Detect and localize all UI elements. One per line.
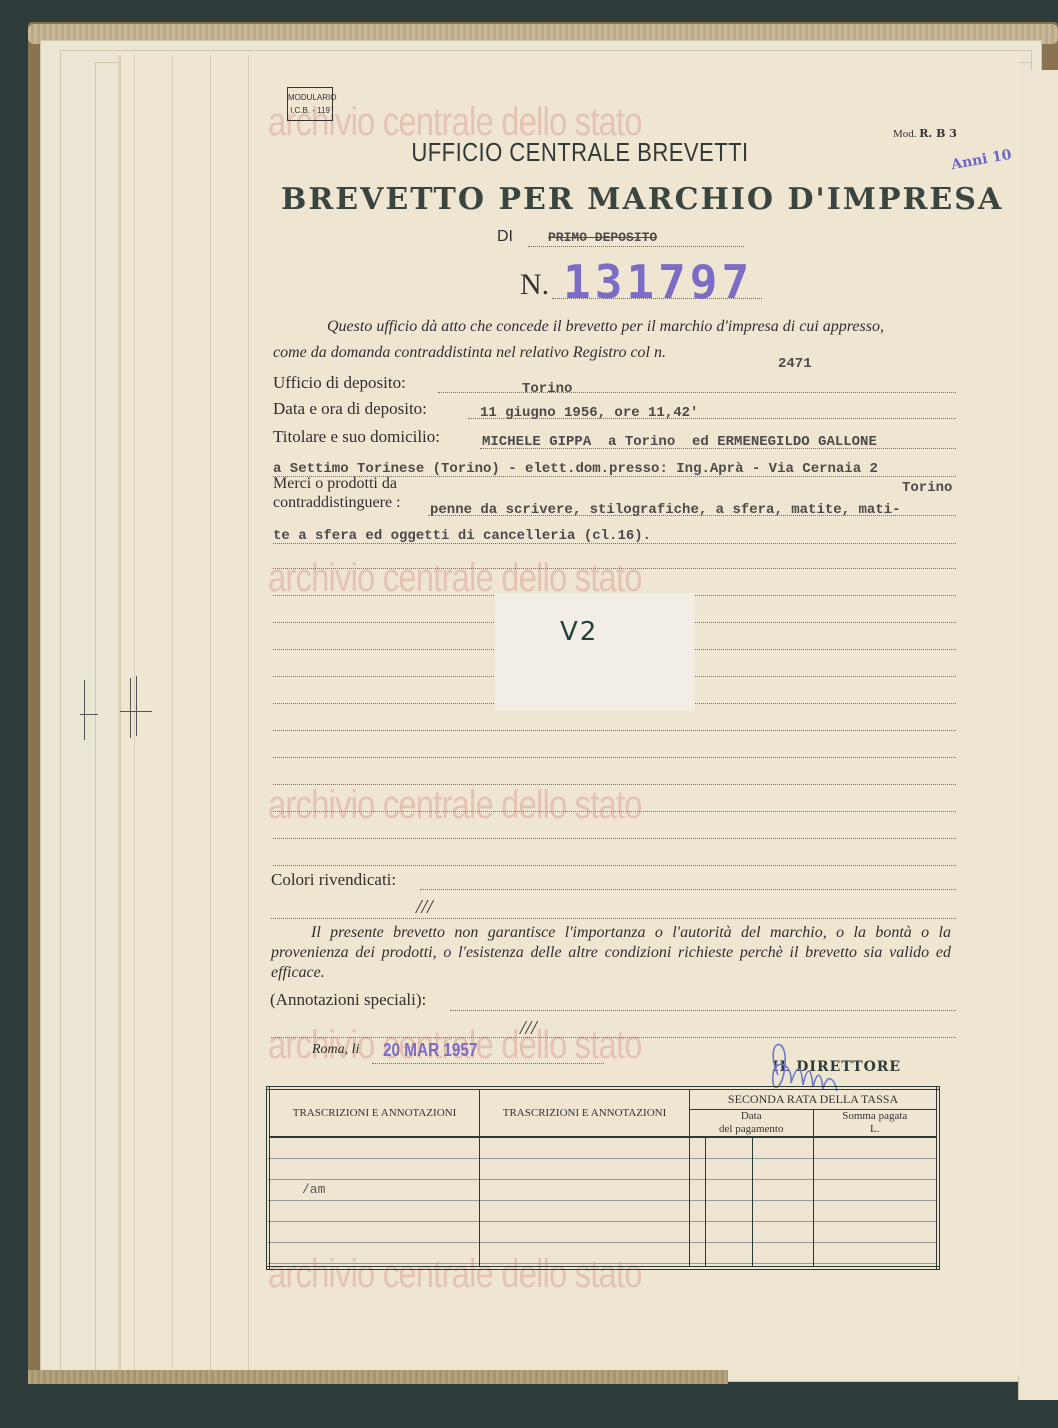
col-header-3: SECONDA RATA DELLA TASSA Data del pagame… xyxy=(690,1088,939,1137)
annotazioni-value: /// xyxy=(520,1017,537,1040)
date-divider-1 xyxy=(705,1138,706,1266)
ufficio-line xyxy=(438,392,956,393)
trademark-specimen-card xyxy=(495,593,695,711)
merci-label-1: Merci o prodotti da xyxy=(273,475,397,493)
modulario-box: MODULARIO I.C.B. - 119 xyxy=(287,87,333,121)
pencil-mark xyxy=(136,676,137,736)
titolare-value-3: Torino xyxy=(902,480,952,496)
modulario-code: I.C.B. - 119 xyxy=(288,104,332,117)
intro-line-1: Questo ufficio dà atto che concede il br… xyxy=(327,318,884,336)
annotazioni-label: (Annotazioni speciali): xyxy=(270,990,426,1010)
blank-line xyxy=(273,865,956,866)
model-code-value: R. B 3 xyxy=(919,127,957,140)
date-cell xyxy=(690,1138,814,1266)
registry-cell-3 xyxy=(690,1137,939,1268)
date-stamp: 20 MAR 1957 xyxy=(383,1040,477,1061)
colori-line-2 xyxy=(271,918,956,919)
col-group-label: SECONDA RATA DELLA TASSA xyxy=(690,1090,936,1110)
titolare-value-1: MICHELE GIPPA a Torino ed ERMENEGILDO GA… xyxy=(482,434,877,450)
registry-cell-2 xyxy=(480,1137,690,1268)
entry-initials: /am xyxy=(302,1182,477,1197)
data-label: Data e ora di deposito: xyxy=(273,399,427,419)
model-code: Mod. R. B 3 xyxy=(893,127,957,140)
col-header-sum-l1: Somma pagata xyxy=(814,1110,937,1123)
col-header-sum-l2: L. xyxy=(814,1123,937,1136)
blank-line xyxy=(273,757,956,758)
blank-line xyxy=(273,730,956,731)
di-label: DI xyxy=(497,228,513,246)
col-header-sum: Somma pagata L. xyxy=(814,1110,937,1136)
modulario-label: MODULARIO xyxy=(288,91,332,104)
merci-value-2: te a sfera ed oggetti di cancelleria (cl… xyxy=(273,528,651,544)
watermark: archivio centrale dello stato xyxy=(268,783,642,828)
deposit-type: PRIMO DEPOSITO xyxy=(548,230,657,245)
col-header-date-l2: del pagamento xyxy=(690,1123,813,1136)
colori-line-1 xyxy=(420,889,956,890)
ufficio-value: Torino xyxy=(522,381,572,397)
intro-line-2: come da domanda contraddistinta nel rela… xyxy=(273,344,666,362)
registry-table: TRASCRIZIONI E ANNOTAZIONI TRASCRIZIONI … xyxy=(266,1086,940,1270)
pencil-mark xyxy=(80,714,98,715)
place-label: Roma, li xyxy=(312,1042,359,1058)
trademark-specimen: V2 xyxy=(560,617,598,647)
facing-page xyxy=(1018,70,1058,1400)
model-code-prefix: Mod. xyxy=(893,128,917,140)
date-divider-2 xyxy=(752,1138,753,1266)
registry-cell-1: /am xyxy=(268,1137,480,1268)
col-header-date: Data del pagamento xyxy=(690,1110,814,1136)
date-line xyxy=(372,1063,604,1064)
colori-label: Colori rivendicati: xyxy=(271,870,396,890)
colori-value: /// xyxy=(416,896,433,919)
disclaimer: Il presente brevetto non garantisce l'im… xyxy=(271,923,951,983)
deposit-type-line: PRIMO DEPOSITO xyxy=(528,228,744,247)
blank-line xyxy=(273,568,956,569)
titolare-label: Titolare e suo domicilio: xyxy=(273,427,440,447)
number-label: N. xyxy=(520,268,549,302)
office-title: UFFICIO CENTRALE BREVETTI xyxy=(308,137,852,168)
sum-cell xyxy=(814,1138,937,1266)
annotazioni-line-1 xyxy=(450,1010,956,1011)
col-header-1: TRASCRIZIONI E ANNOTAZIONI xyxy=(268,1088,480,1137)
register-number: 2471 xyxy=(778,356,812,372)
pencil-mark xyxy=(84,680,85,740)
binding-tape-bottom xyxy=(28,1370,728,1384)
blank-line xyxy=(273,784,956,785)
patent-number-stamp: 131797 xyxy=(563,255,753,309)
merci-label-2: contraddistinguere : xyxy=(273,494,401,512)
col-header-date-l1: Data xyxy=(690,1110,813,1123)
pencil-mark xyxy=(120,711,152,712)
col-header-2: TRASCRIZIONI E ANNOTAZIONI xyxy=(480,1088,690,1137)
merci-value-1: penne da scrivere, stilografiche, a sfer… xyxy=(430,502,900,518)
pencil-mark xyxy=(130,678,131,738)
blank-line xyxy=(273,838,956,839)
ufficio-label: Ufficio di deposito: xyxy=(273,373,406,393)
data-value: 11 giugno 1956, ore 11,42' xyxy=(480,405,698,421)
document-title: BREVETTO PER MARCHIO D'IMPRESA xyxy=(281,182,1003,217)
blank-line xyxy=(273,811,956,812)
